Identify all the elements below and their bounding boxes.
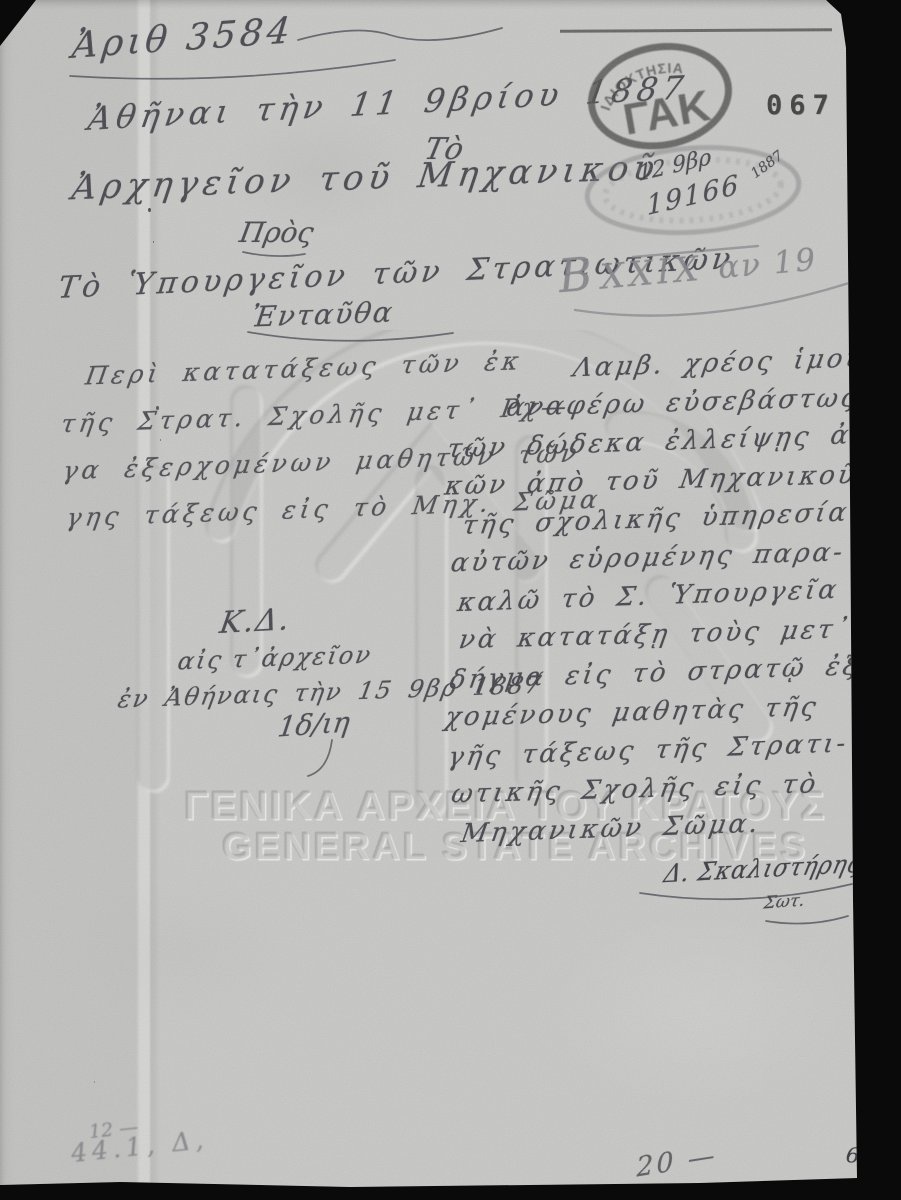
archive-ref-series: Β xyxy=(556,246,594,303)
sender-name: Ἀρχηγεῖον τοῦ Μηχανικοῦ xyxy=(69,148,662,209)
ink-specks xyxy=(148,208,151,212)
registry-ref-line: 1δ/ιη xyxy=(276,705,352,743)
registry-initials: Κ.Δ. xyxy=(217,602,294,641)
scan-edge-artifact xyxy=(560,28,832,32)
edge-mark: 6! xyxy=(845,1143,870,1169)
document-number: Ἀριθ 3584 xyxy=(70,10,296,67)
archive-ref-roman: XXIX xyxy=(599,249,704,298)
letter-body: Λαμβ. χρέος ἱμοῦ νὰ ἀναφέρω εὐσεβάστως, … xyxy=(435,336,901,852)
scanned-archive-document: { "colors":{"paper":"#c7c7c5","ink":"#3e… xyxy=(0,0,901,1200)
countersignature: Σωτ. xyxy=(762,890,806,913)
archive-ref-suffix: αν 19 xyxy=(717,242,819,286)
amount-note: 20 — xyxy=(636,1139,717,1183)
to-label: Πρὸς xyxy=(237,216,316,249)
paper-sheet: ΓΕΝΙΚΑ ΑΡΧΕΙΑ ΤΟΥ ΚΡΑΤΟΥΣ GENERAL STATE … xyxy=(0,0,901,1200)
page-number-stamp: 067 xyxy=(766,90,836,121)
pencil-scribble: 12 — 44.1, Δ, xyxy=(68,1109,210,1168)
recipient-place: Ἐνταῦθα xyxy=(250,295,397,333)
